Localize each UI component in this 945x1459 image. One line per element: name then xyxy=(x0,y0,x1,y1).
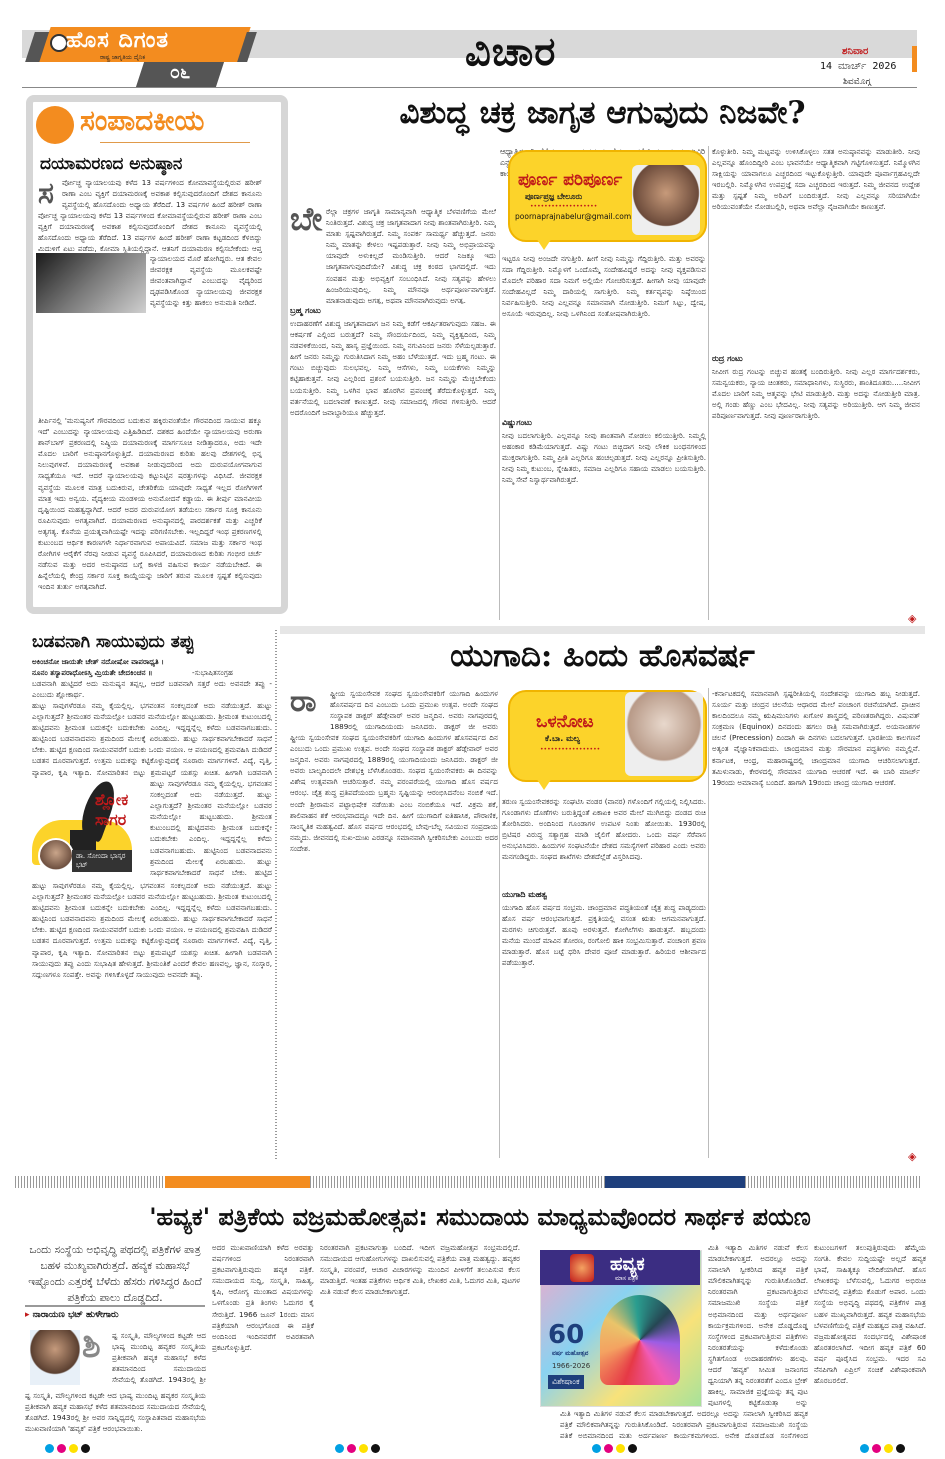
logo-tagline: ರಾಷ್ಟ್ರ ಜಾಗೃತಿಯ ದೈನಿಕ xyxy=(100,54,145,62)
stripe-divider xyxy=(745,1176,920,1188)
column-name: ಒಳನೋಟ xyxy=(536,712,594,732)
editorial-body: ತೀರ್ಪಿನಲ್ಲಿ 'ಮನುಷ್ಯನಿಗೆ ಗೌರವದಿಂದ ಬದುಕುವ … xyxy=(38,415,262,590)
edition-city: ಶಿವಮೊಗ್ಗ xyxy=(843,77,871,87)
havyaka-cover-subtitle: ಮಾಸ ಪತ್ರಿಕೆ xyxy=(615,1275,638,1283)
section-title: ವಿಚಾರ xyxy=(465,28,556,75)
editorial-headline[interactable]: ದಯಾಮರಣದ ಅನುಷ್ಠಾನ xyxy=(40,154,182,174)
editorial-lead: ರ್ವೋಚ್ಚ ನ್ಯಾಯಾಲಯವು ಕಳೆದ 13 ವರ್ಷಗಳಿಂದ ಕೋಮ… xyxy=(62,177,262,210)
article-col1-b: ಉದಾಹರಣೆಗೆ ವಿಶುದ್ಧ ಜಾಗೃತವಾದಾಗ ಜನ ನಿಮ್ಮ ಕಡ… xyxy=(290,318,496,618)
column-rule xyxy=(499,790,500,1158)
dotted-divider: ••••••••••••••••••• xyxy=(530,203,597,210)
magenta-mark xyxy=(872,1444,881,1453)
cyan-mark xyxy=(592,1444,601,1453)
cyan-mark xyxy=(335,1444,344,1453)
masthead-rule xyxy=(22,87,917,88)
shloka-verse-2: ನೂನಂ ತಸ್ಯಾಪರಾಧೋಽಸ್ತಿ ಮ್ರಿಯತೇ ಚೇದಕಿಂಚನ ॥ xyxy=(32,667,192,678)
column-rule xyxy=(499,250,500,620)
article-col2-b: ನೀವು ಬದಲಾಗುತ್ತೀರಿ. ಎಲ್ಲವನ್ನೂ ನೀವು ಶಾಂತವಾ… xyxy=(502,430,706,620)
issue-date: 14 ಮಾರ್ಚ್ 2026 xyxy=(820,61,896,72)
yellow-mark xyxy=(69,1444,78,1453)
byline-name: ನಾರಾಯಣ ಭಟ್ ಹುಳೇಗಾರು xyxy=(33,1310,119,1320)
article-dropcap: ರಾ xyxy=(290,684,316,719)
author-email[interactable]: poornaprajnabelur@gmail.com xyxy=(515,212,631,221)
column-name: ಶ್ಲೋಕ ಸಾಗರ xyxy=(95,790,145,830)
dotted-divider: ••••••••••••••••• xyxy=(540,746,600,753)
issue-day: ಶನಿವಾರ xyxy=(842,46,868,57)
article-headline[interactable]: 'ಹವ್ಯಕ' ಪತ್ರಿಕೆಯ ವಜ್ರಮಹೋತ್ಸವ: ಸಮುದಾಯ ಮಾಧ… xyxy=(20,1203,940,1231)
byline-author: ಡಾ. ಸೋಂದಾ ಭಾಸ್ಕರ ಭಟ್ xyxy=(72,850,132,872)
editorial-dropcap: ಸ xyxy=(38,176,54,211)
shloka-source: -ಸುಭಾಷಿತಸಂಗ್ರಹ xyxy=(192,667,272,678)
black-mark xyxy=(896,1444,905,1453)
anniversary-label: ವರ್ಷ ಮಹೋತ್ಸವ xyxy=(552,1350,588,1358)
shloka-body-a: ಹುಟ್ಟು ಸಾವುಗಳೆರಡೂ ನಮ್ಮ ಕೈಯಲ್ಲಿಲ್ಲ. ಭಗವಂತ… xyxy=(32,700,272,778)
article-subhead: ವಿಷ್ಣುಗಂಟು xyxy=(502,418,532,428)
article-subhead: ಯುಗಾದಿ ಮಹತ್ವ xyxy=(502,890,547,900)
shloka-body-wrap: ಹುಟ್ಟು ಸಾವುಗಳೆರಡೂ ನಮ್ಮ ಕೈಯಲ್ಲಿಲ್ಲ. ಭಗವಂತ… xyxy=(150,778,272,878)
author-photo xyxy=(30,1330,80,1385)
yellow-mark xyxy=(616,1444,625,1453)
stripe-divider xyxy=(15,1176,165,1188)
byline-rule xyxy=(25,1305,205,1307)
article-col4-b: ಮಿತಿ ಇತ್ಯಾದಿ ಮಿತಿಗಳ ನಡುವೆ ಕೆಲಸ ಮಾಡಬೇಕಾಗು… xyxy=(560,1408,808,1438)
pull-quote: ಒಂದು ಸಂಸ್ಥೆಯ ಅಭಿವೃದ್ಧಿ ಪಥದಲ್ಲಿ ಪತ್ರಿಕೆಗಳ… xyxy=(25,1242,205,1306)
special-issue-badge: ವಿಶೇಷಾಂಕ xyxy=(548,1375,584,1389)
article-dropcap: ಶಿ xyxy=(82,1326,101,1366)
end-marker-icon: ◈ xyxy=(908,612,916,625)
article-col1-b: ಷ್ಟ ಸಂಸ್ಕೃತಿ, ಮೌಲ್ಯಗಳಿಂದ ಕಟ್ಟಡೇ ಆದ ಭಾಷ್ಯ… xyxy=(25,1390,206,1435)
article-col3-a: ಕೊಳ್ಳುತೀರಿ. ನಿಮ್ಮ ಮಟ್ಟವನ್ನು ಉಳಿಸಿಕೊಳ್ಳಲು… xyxy=(712,146,920,351)
column-name: ಪೂರ್ಣ ಪರಿಪೂರ್ಣ xyxy=(518,170,622,190)
magenta-mark xyxy=(57,1444,66,1453)
editorial-emblem-icon xyxy=(36,106,74,144)
shloka-headline[interactable]: ಬಡವನಾಗಿ ಸಾಯುವುದು ತಪ್ಪು xyxy=(32,632,195,652)
byline-author: ▸ ನಾರಾಯಣ ಭಟ್ ಹುಳೇಗಾರು xyxy=(25,1310,119,1320)
column-rule xyxy=(708,146,709,620)
black-mark xyxy=(628,1444,637,1453)
cyan-mark xyxy=(860,1444,869,1453)
end-marker-icon: ◈ xyxy=(908,1150,916,1163)
registration-marks xyxy=(335,1444,380,1453)
black-mark xyxy=(81,1444,90,1453)
anniversary-years: 1966-2026 xyxy=(552,1362,590,1370)
article-col1-a: ಷ್ಟ ಸಂಸ್ಕೃತಿ, ಮೌಲ್ಯಗಳಿಂದ ಕಟ್ಟಡೇ ಆದ ಭಾಷ್ಯ… xyxy=(112,1330,206,1386)
article-col1-a: ರೆಲ್ಲಾ ಚಕ್ರಗಳ ಜಾಗೃತಿ ಸಾಮಾನ್ಯವಾಗಿ ಆಧ್ಯಾತ್… xyxy=(326,206,496,304)
black-mark xyxy=(371,1444,380,1453)
yellow-mark xyxy=(359,1444,368,1453)
havyaka-cover-fan xyxy=(600,1295,680,1385)
newspaper-logo[interactable]: ಹೊಸ ದಿಗಂತ xyxy=(66,28,169,53)
article-col1-a: ಷ್ಟ್ರೀಯ ಸ್ವಯಂಸೇವಕ ಸಂಘದ ಸ್ವಯಂಸೇವಕರಿಗೆ ಯುಗ… xyxy=(330,688,498,732)
article-col2-b: ಯುಗಾದಿ ಹೊಸ ವರ್ಷದ ಸಂಭ್ರಮ. ಚಾಂದ್ರಮಾನ ಪದ್ಧತ… xyxy=(502,902,706,1158)
magenta-mark xyxy=(604,1444,613,1453)
article-col2-a: ತರುಣ ಸ್ವಯಂಸೇವಕರನ್ನು ಸಂಘಟಿಸಿ ವಂಡರ (ವಾನರ) … xyxy=(502,796,706,888)
article-col3: ನಿರಂತರವಾಗಿ ಪ್ರಕಟವಾಗುತ್ತಾ ಬಂದಿದೆ. ಇದೀಗ ವಜ… xyxy=(320,1242,520,1435)
shloka-body-b: ಹುಟ್ಟು ಸಾವುಗಳೆರಡೂ ನಮ್ಮ ಕೈಯಲ್ಲಿಲ್ಲ. ಭಗವಂತ… xyxy=(32,880,272,1158)
callout-tail xyxy=(536,238,552,250)
masthead-marker xyxy=(912,46,917,72)
author-photo xyxy=(38,838,74,874)
cyan-mark xyxy=(45,1444,54,1453)
navy-divider-bar xyxy=(605,1176,745,1188)
author-photo xyxy=(632,165,700,235)
article-headline[interactable]: ಯುಗಾದಿ: ಹಿಂದು ಹೊಸವರ್ಷ xyxy=(280,638,925,675)
inkpot-icon xyxy=(70,830,96,852)
article-subhead: ರುದ್ರ ಗಂಟು xyxy=(712,354,743,364)
stripe-divider xyxy=(310,1176,605,1188)
registration-marks xyxy=(860,1444,905,1453)
article-headline[interactable]: ವಿಶುದ್ಧ ಚಕ್ರ ಜಾಗೃತ ಆಗುವುದು ನಿಜವೇ? xyxy=(280,95,925,132)
registration-marks xyxy=(45,1444,90,1453)
orange-divider-bar xyxy=(165,1176,310,1188)
article-col5: ಕುಟುಂಬಗಳಿಗೆ ತಲುಪುತ್ತಿರುವುದು ಹೆಮ್ಮೆಯ ಸಂಗತ… xyxy=(814,1242,926,1435)
callout-tail xyxy=(536,778,552,790)
article-col1-b: ಷ್ಟ್ರೀಯ ಸ್ವಯಂಸೇವಕ ಸಂಘದ ಸ್ವಯಂಸೇವಕರಿಗೆ ಯುಗ… xyxy=(290,732,498,1158)
article-dropcap: ಬೇ xyxy=(290,200,322,239)
shloka-verse-1: ಅಕಿಂಚನೋ ಜಾಯತೇ ಚೇತ್ ನದೋಷೋ ವಾಪರಾಧ್ಯತಿ । xyxy=(32,656,272,667)
byline-author: ಕೆ.ಬಾ. ಮಲ್ಯ xyxy=(545,734,580,744)
article-col3: -ಕರ್ನಾಟಕದಲ್ಲಿ ಸಮಾನವಾಗಿ ಸ್ಪಷ್ಟರೀತಿಯಲ್ಲಿ ಸ… xyxy=(712,688,920,1158)
registration-marks xyxy=(592,1444,637,1453)
byline-arrow-icon: ▸ xyxy=(25,1310,30,1320)
magenta-mark xyxy=(347,1444,356,1453)
article-col2-a: ಇಟ್ಟರೂ ನೀವು ಅಂಜದೇ ನಗುತ್ತೀರಿ. ಹೀಗೆ ನೀವು ನ… xyxy=(502,253,706,418)
author-photo xyxy=(625,692,703,776)
article-col4-a: ಮಿತಿ ಇತ್ಯಾದಿ ಮಿತಿಗಳ ನಡುವೆ ಕೆಲಸ ಮಾಡಬೇಕಾಗು… xyxy=(708,1242,808,1407)
article-subhead: ಬ್ರಹ್ಮ ಗಂಟು xyxy=(290,306,321,316)
editorial-section-label: ಸಂಪಾದಕೀಯ xyxy=(80,104,204,138)
column-rule xyxy=(708,688,709,1158)
havyaka-cover-title: ಹವ್ಯಕ xyxy=(610,1254,645,1275)
page-number: ೦೬ xyxy=(150,62,210,83)
ornament-divider xyxy=(100,142,250,143)
article-col3-b: ನೀವೀಗ ರುದ್ರ ಗಂಟನ್ನು ಬಿಚ್ಚುವ ಹಂತಕ್ಕೆ ಬಂದಿ… xyxy=(712,366,920,618)
shloka-meaning: ಬಡವನಾಗಿ ಹುಟ್ಟಿದರೆ ಅದು ಮನುಷ್ಯನ ತಪ್ಪಲ್ಲ, ಆ… xyxy=(32,678,272,700)
anniversary-number: 60 xyxy=(548,1320,584,1350)
dotted-column-rule xyxy=(275,630,277,1160)
editorial-lead-cont: ರ್ವೋಚ್ಚ ನ್ಯಾಯಾಲಯವು ಕಳೆದ 13 ವರ್ಷಗಳಿಂದ ಕೋಮ… xyxy=(38,210,262,254)
article-col2: ಅದರ ಮುಖವಾಣಿಯಾಗಿ ಕಳೆದ ಅರವತ್ತು ವರ್ಷಗಳಿಂದ ನ… xyxy=(212,1242,314,1435)
havyaka-cover-deity xyxy=(570,1254,594,1282)
editorial-photo-scissors-iv xyxy=(36,253,146,313)
editorial-wrap-text: ನ್ಯಾಯಾಲಯದ ಮೊರೆ ಹೋಗಿದ್ದರು. ಆತ ಕೇವಲ ಜೀವರಕ್… xyxy=(150,253,262,413)
yellow-mark xyxy=(884,1444,893,1453)
section-divider xyxy=(280,626,925,634)
byline-author: ಪೂರ್ಣಪ್ರಜ್ಞ ಬೇಲೂರು xyxy=(525,192,582,202)
